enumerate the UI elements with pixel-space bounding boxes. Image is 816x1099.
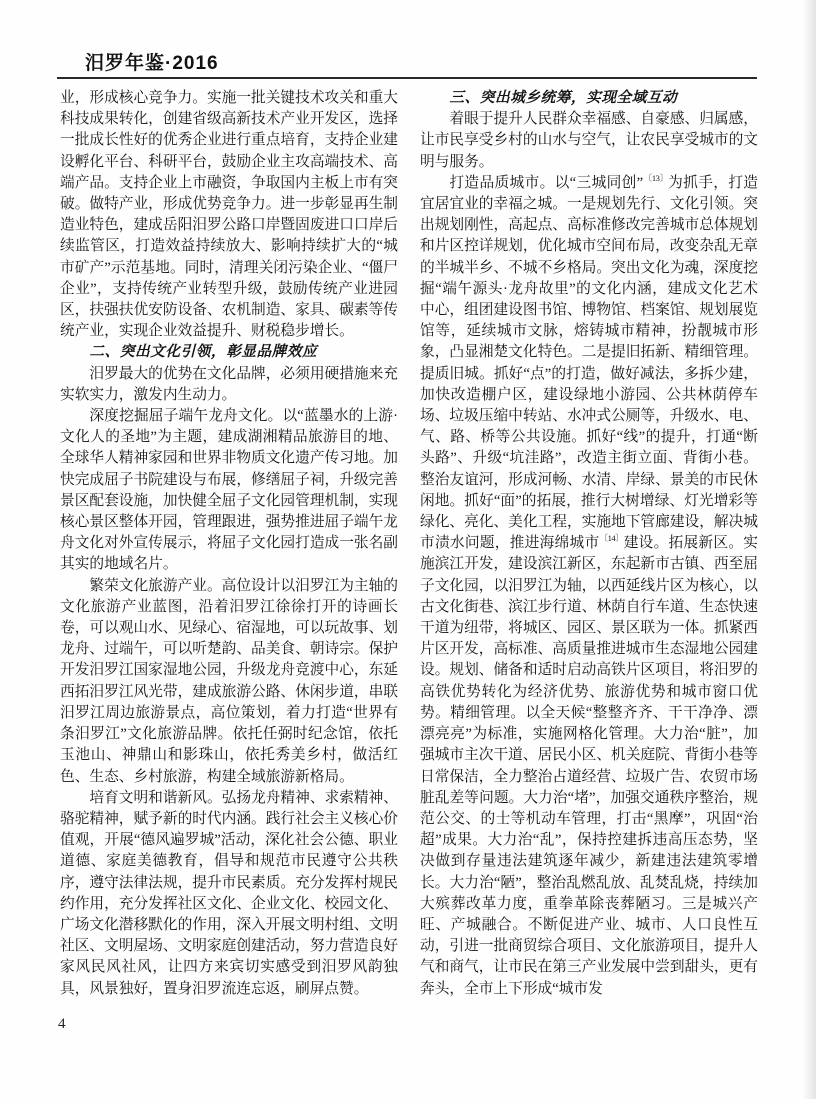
footnote-ref: 〔14〕 xyxy=(599,533,623,543)
section-heading: 三、突出城乡统筹，实现全域互动 xyxy=(420,88,758,109)
section-heading: 二、突出文化引领，彰显品牌效应 xyxy=(60,342,398,363)
right-column: 三、突出城乡统筹，实现全域互动着眼于提升人民群众幸福感、自豪感、归属感，让市民享… xyxy=(420,88,758,1000)
paragraph: 繁荣文化旅游产业。高位设计以汨罗江为主轴的文化旅游产业蓝图，沿着汨罗江徐徐打开的… xyxy=(60,576,398,788)
paragraph: 打造品质城市。以“三城同创”〔13〕为抓手，打造宜居宜业的幸福之城。一是规划先行… xyxy=(420,173,758,1000)
page-number: 4 xyxy=(58,1016,66,1033)
page-header-title: 汨罗年鉴·2016 xyxy=(85,48,219,75)
paragraph: 汨罗最大的优势在文化品牌，必须用硬措施来充实软实力，激发内生动力。 xyxy=(60,364,398,406)
scan-edge-shadow xyxy=(802,0,816,1099)
paragraph: 着眼于提升人民群众幸福感、自豪感、归属感，让市民享受乡村的山水与空气，让农民享受… xyxy=(420,109,758,173)
left-column: 业，形成核心竞争力。实施一批关键技术攻关和重大科技成果转化，创建省级高新技术产业… xyxy=(60,88,398,1000)
yearbook-page: 汨罗年鉴·2016 业，形成核心竞争力。实施一批关键技术攻关和重大科技成果转化，… xyxy=(0,0,816,1099)
paragraph: 业，形成核心竞争力。实施一批关键技术攻关和重大科技成果转化，创建省级高新技术产业… xyxy=(60,88,398,342)
footnote-ref: 〔13〕 xyxy=(643,173,668,183)
paragraph: 深度挖掘屈子端午龙舟文化。以“蓝墨水的上游·文化人的圣地”为主题，建成湖湘精品旅… xyxy=(60,406,398,576)
header-rule xyxy=(57,77,757,79)
paragraph: 培育文明和谐新风。弘扬龙舟精神、求索精神、骆驼精神，赋予新的时代内涵。践行社会主… xyxy=(60,788,398,1000)
